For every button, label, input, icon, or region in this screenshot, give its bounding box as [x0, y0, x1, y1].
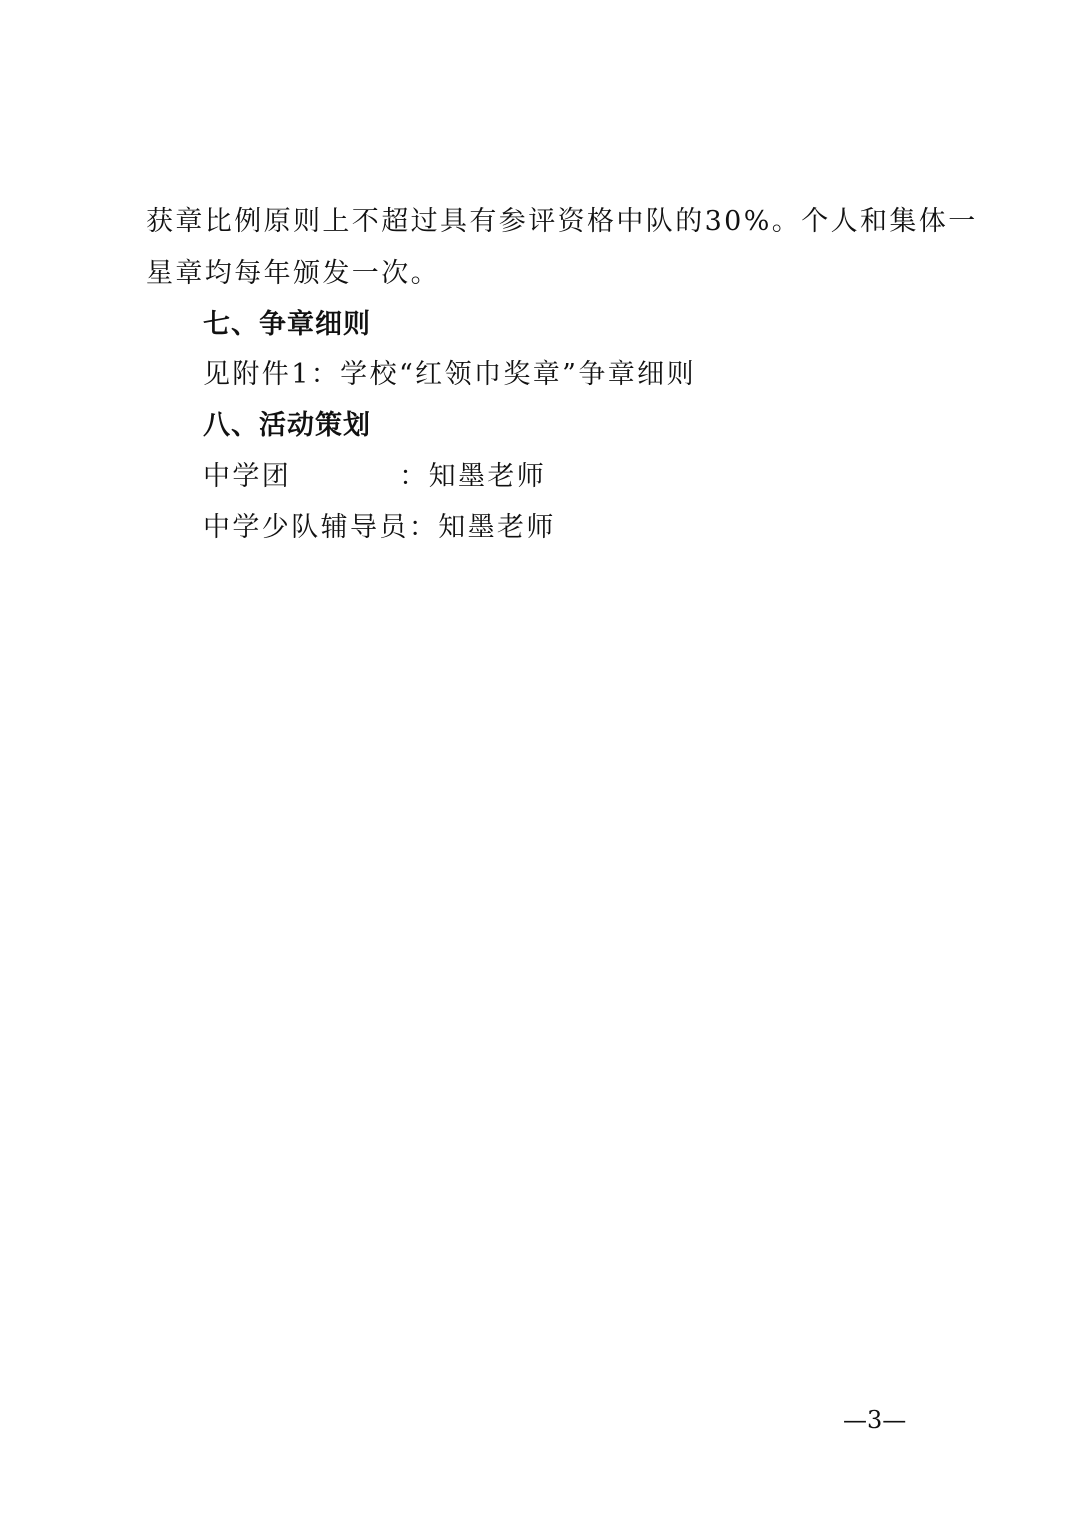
planner-value: 知墨老师 — [438, 512, 556, 543]
paragraph-line-1: 获章比例原则上不超过具有参评资格中队的30%。个人和集体一 — [146, 202, 978, 242]
planner-row-counselor: 中学少队辅导员：知墨老师 — [203, 508, 556, 548]
planner-separator: ： — [399, 461, 428, 492]
document-page: 获章比例原则上不超过具有参评资格中队的30%。个人和集体一 星章均每年颁发一次。… — [0, 0, 1080, 1527]
page-number: —3— — [843, 1404, 906, 1436]
planner-label: 中学团 — [203, 461, 291, 492]
planner-separator: ： — [409, 512, 438, 543]
section-7-text: 见附件1：学校“红领巾奖章”争章细则 — [203, 355, 696, 395]
planner-row-league: 中学团：知墨老师 — [203, 457, 546, 497]
section-7-heading: 七、争章细则 — [203, 305, 371, 345]
paragraph-line-2: 星章均每年颁发一次。 — [146, 254, 440, 294]
planner-label: 中学少队辅导员 — [203, 512, 409, 543]
section-8-heading: 八、活动策划 — [203, 406, 371, 446]
planner-value: 知墨老师 — [429, 461, 547, 492]
